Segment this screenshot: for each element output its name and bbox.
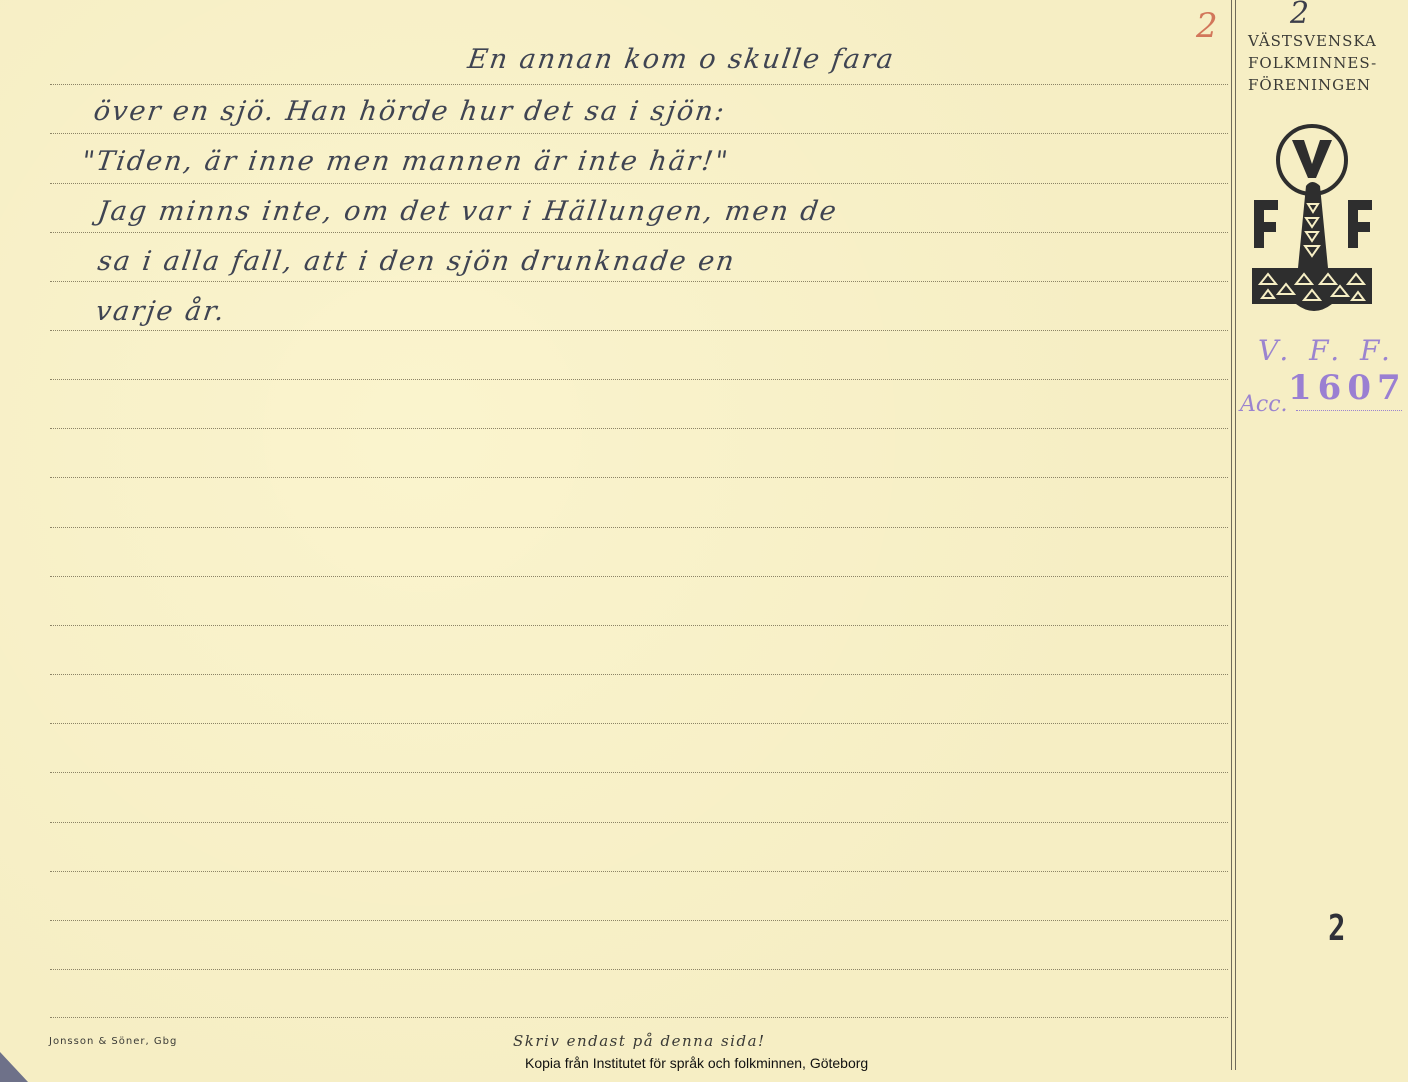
organization-name: VÄSTSVENSKA FOLKMINNES- FÖRENINGEN: [1248, 30, 1398, 96]
ruled-line: [50, 428, 1228, 429]
stamp-underline: [1296, 410, 1402, 411]
red-page-number: 2: [1196, 6, 1218, 46]
ruled-line: [50, 477, 1228, 478]
org-name-line-2: FOLKMINNES-: [1248, 52, 1398, 74]
write-instruction: Skriv endast på denna sida!: [513, 1032, 766, 1050]
ruled-line: [50, 674, 1228, 675]
org-name-line-3: FÖRENINGEN: [1248, 74, 1398, 96]
stamp-vff: V. F. F.: [1258, 334, 1396, 367]
margin-divider-left: [1231, 0, 1232, 1070]
ruled-line: [50, 281, 1228, 282]
ruled-line: [50, 920, 1228, 921]
stamp-acc-number: 1607: [1288, 368, 1407, 408]
folded-corner-shadow: [0, 1052, 28, 1082]
ruled-line: [50, 379, 1228, 380]
ruled-line: [50, 822, 1228, 823]
handwritten-line-6: varje år.: [94, 296, 228, 327]
ruled-line: [50, 772, 1228, 773]
ruled-line: [50, 232, 1228, 233]
ruled-line: [50, 723, 1228, 724]
ruled-line: [50, 330, 1228, 331]
ruled-line: [50, 527, 1228, 528]
handwritten-line-1: En annan kom o skulle fara: [466, 44, 897, 75]
ruled-line: [50, 969, 1228, 970]
record-sheet: En annan kom o skulle fara över en sjö. …: [0, 0, 1408, 1082]
accession-stamp: V. F. F. Acc. 1607: [1240, 334, 1408, 424]
ruled-line: [50, 576, 1228, 577]
ruled-line: [50, 625, 1228, 626]
printer-imprint: Jonsson & Söner, Gbg: [49, 1036, 177, 1047]
margin-divider-right: [1235, 0, 1236, 1070]
vff-hammer-logo-icon: [1248, 118, 1380, 318]
stamp-acc-label: Acc.: [1240, 392, 1288, 417]
handwritten-line-4: Jag minns inte, om det var i Hällungen, …: [96, 196, 840, 227]
ruled-line: [50, 84, 1228, 85]
handwritten-line-5: sa i alla fall, att i den sjön drunknade…: [96, 246, 738, 277]
sheet-number: 2: [1328, 908, 1345, 949]
handwritten-line-3: "Tiden, är inne men mannen är inte här!": [80, 146, 731, 177]
ruled-line: [50, 871, 1228, 872]
copy-note: Kopia från Institutet för språk och folk…: [525, 1055, 868, 1071]
ruled-line: [50, 1017, 1228, 1018]
handwritten-line-2: över en sjö. Han hörde hur det sa i sjön…: [92, 96, 728, 127]
ruled-line: [50, 183, 1228, 184]
org-name-line-1: VÄSTSVENSKA: [1248, 30, 1398, 52]
ruled-line: [50, 133, 1228, 134]
